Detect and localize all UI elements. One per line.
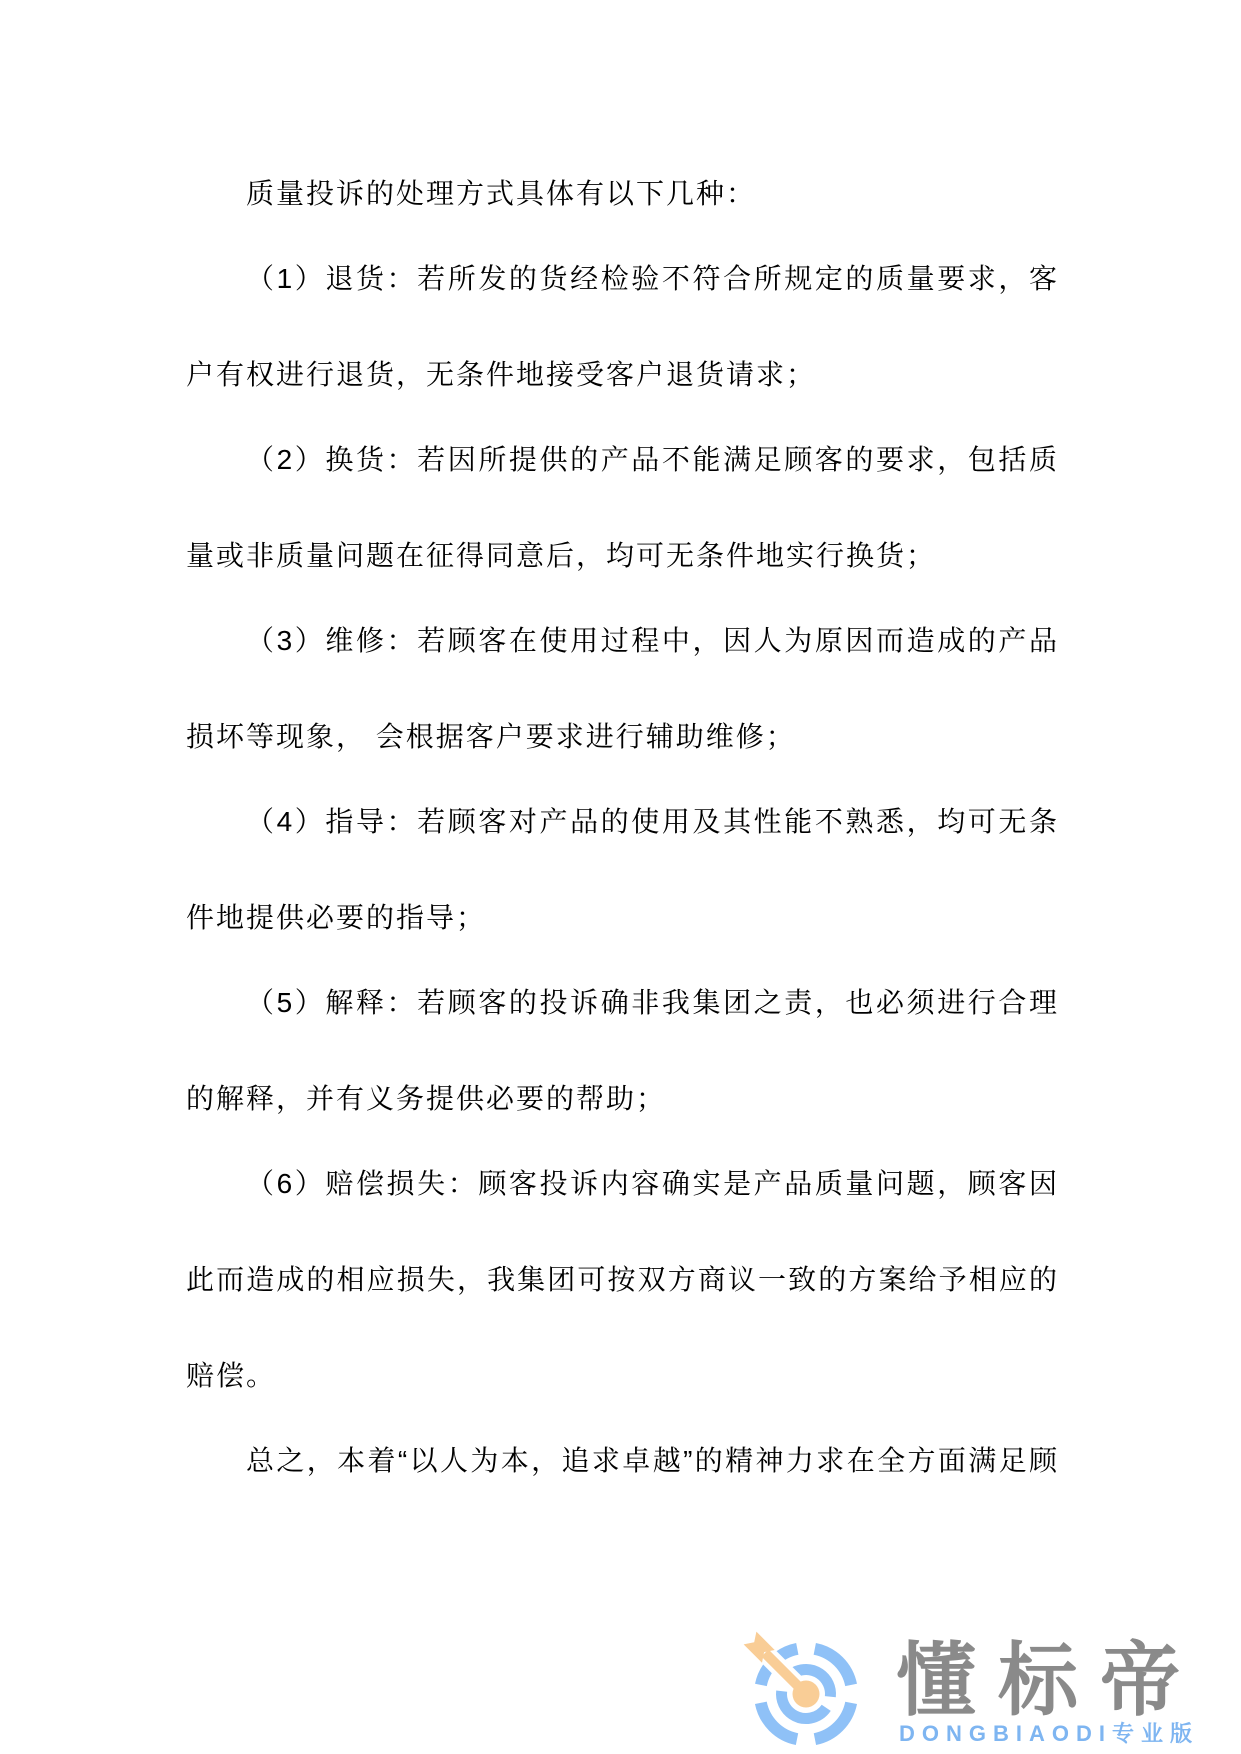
text-line: （2）换货：若因所提供的产品不能满足顾客的要求，包括质 [186,412,1058,508]
text-line: 总之，本着“以人为本，追求卓越”的精神力求在全方面满足顾 [186,1413,1058,1509]
text-line: （5）解释：若顾客的投诉确非我集团之责，也必须进行合理 [186,955,1058,1051]
text-line: （1）退货：若所发的货经检验不符合所规定的质量要求，客 [186,231,1058,327]
text-line: （4）指导：若顾客对产品的使用及其性能不熟悉，均可无条 [186,774,1058,870]
text-line: 损坏等现象， 会根据客户要求进行辅助维修； [186,689,1058,785]
text-line: 赔偿。 [186,1328,1058,1424]
text-line: 件地提供必要的指导； [186,870,1058,966]
text-line: 的解释，并有义务提供必要的帮助； [186,1051,1058,1147]
document-page: 质量投诉的处理方式具体有以下几种：（1）退货：若所发的货经检验不符合所规定的质量… [0,0,1241,1754]
text-line: 户有权进行退货，无条件地接受客户退货请求； [186,327,1058,423]
watermark-subtitle-text: DONGBIAODI专业版 [899,1722,1199,1746]
text-line: 量或非质量问题在征得同意后，均可无条件地实行换货； [186,508,1058,604]
target-arrow-icon [740,1628,866,1754]
text-line: （3）维修：若顾客在使用过程中，因人为原因而造成的产品 [186,593,1058,689]
document-body-text: 质量投诉的处理方式具体有以下几种：（1）退货：若所发的货经检验不符合所规定的质量… [186,146,1058,1509]
text-line: 此而造成的相应损失，我集团可按双方商议一致的方案给予相应的 [186,1232,1058,1328]
watermark-brand-text: 懂标帝 [896,1641,1202,1721]
text-line: 质量投诉的处理方式具体有以下几种： [186,146,1058,242]
text-line: （6）赔偿损失：顾客投诉内容确实是产品质量问题，顾客因 [186,1136,1058,1232]
